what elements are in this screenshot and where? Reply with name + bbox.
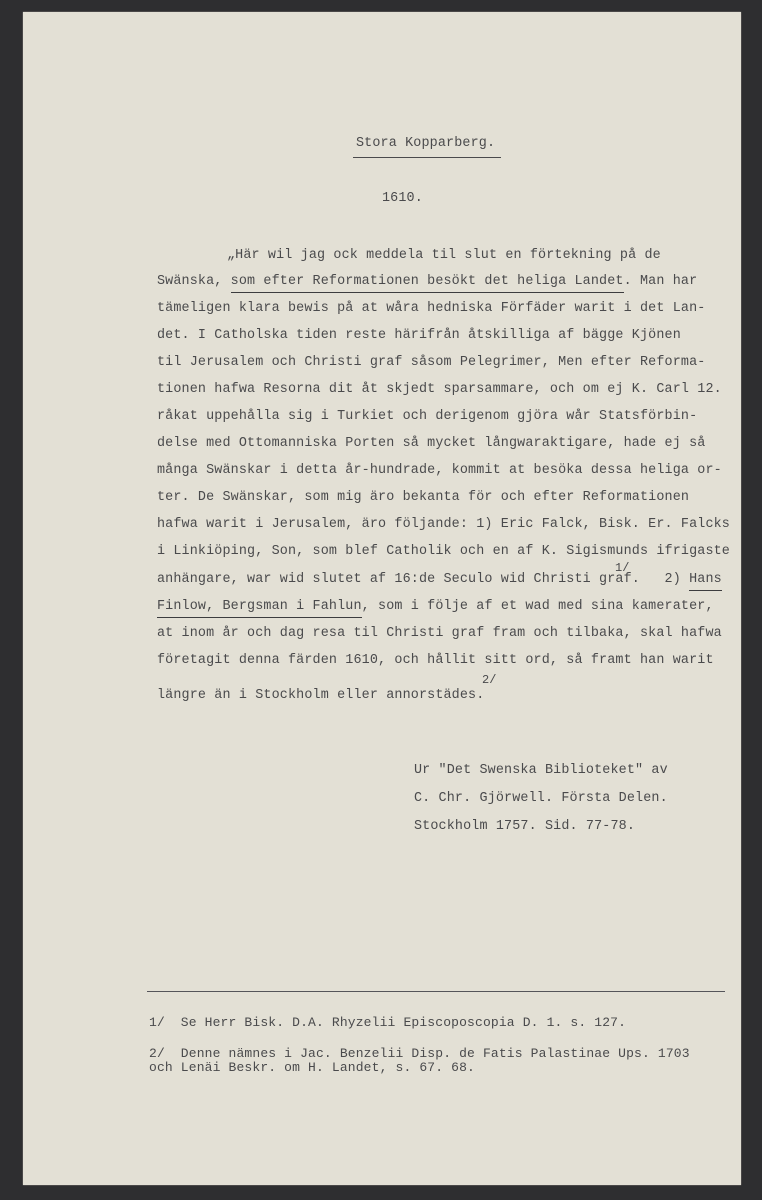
- footnote-divider: [147, 991, 725, 992]
- source-line: Ur "Det Swenska Biblioteket" av: [414, 763, 668, 778]
- underlined-phrase: som efter Reformationen besökt det helig…: [231, 274, 624, 293]
- source-line: Stockholm 1757. Sid. 77-78.: [414, 819, 635, 834]
- body-line: Finlow, Bergsman i Fahlun, som i följe a…: [157, 599, 714, 614]
- body-line: det. I Catholska tiden reste härifrån åt…: [157, 328, 681, 343]
- source-line: C. Chr. Gjörwell. Första Delen.: [414, 791, 668, 806]
- footnote-2-cont: och Lenäi Beskr. om H. Landet, s. 67. 68…: [149, 1060, 475, 1075]
- body-line: til Jerusalem och Christi graf såsom Pel…: [157, 355, 705, 370]
- body-line: många Swänskar i detta år-hundrade, komm…: [157, 463, 722, 478]
- body-line: tämeligen klara bewis på at wåra hednisk…: [157, 301, 705, 316]
- document-page: Stora Kopparberg. 1610. „Här wil jag ock…: [23, 12, 741, 1185]
- underlined-phrase: Hans: [689, 572, 722, 591]
- underlined-phrase: Finlow, Bergsman i Fahlun: [157, 599, 362, 618]
- body-line: råkat uppehålla sig i Turkiet och derige…: [157, 409, 697, 424]
- body-line: tionen hafwa Resorna dit åt skjedt spars…: [157, 382, 722, 397]
- body-line: ter. De Swänskar, som mig äro bekanta fö…: [157, 490, 689, 505]
- footnote-marker-2: 2/: [482, 673, 496, 687]
- body-line: längre än i Stockholm eller annorstädes.: [157, 688, 484, 703]
- body-line: delse med Ottomanniska Porten så mycket …: [157, 436, 705, 451]
- footnote-1: 1/ Se Herr Bisk. D.A. Rhyzelii Episcopos…: [149, 1015, 626, 1030]
- body-line: i Linkiöping, Son, som blef Catholik och…: [157, 544, 730, 559]
- body-line: Swänska, som efter Reformationen besökt …: [157, 274, 697, 289]
- body-line: anhängare, war wid slutet af 16:de Secul…: [157, 572, 722, 587]
- document-year: 1610.: [382, 191, 423, 206]
- title-underline: [353, 157, 501, 158]
- body-line: at inom år och dag resa til Christi graf…: [157, 626, 722, 641]
- body-line: hafwa warit i Jerusalem, äro följande: 1…: [157, 517, 730, 532]
- body-line: „Här wil jag ock meddela til slut en för…: [227, 248, 661, 263]
- document-title: Stora Kopparberg.: [356, 136, 495, 151]
- body-line: företagit denna färden 1610, och hållit …: [157, 653, 714, 668]
- footnote-2: 2/ Denne nämnes i Jac. Benzelii Disp. de…: [149, 1046, 690, 1061]
